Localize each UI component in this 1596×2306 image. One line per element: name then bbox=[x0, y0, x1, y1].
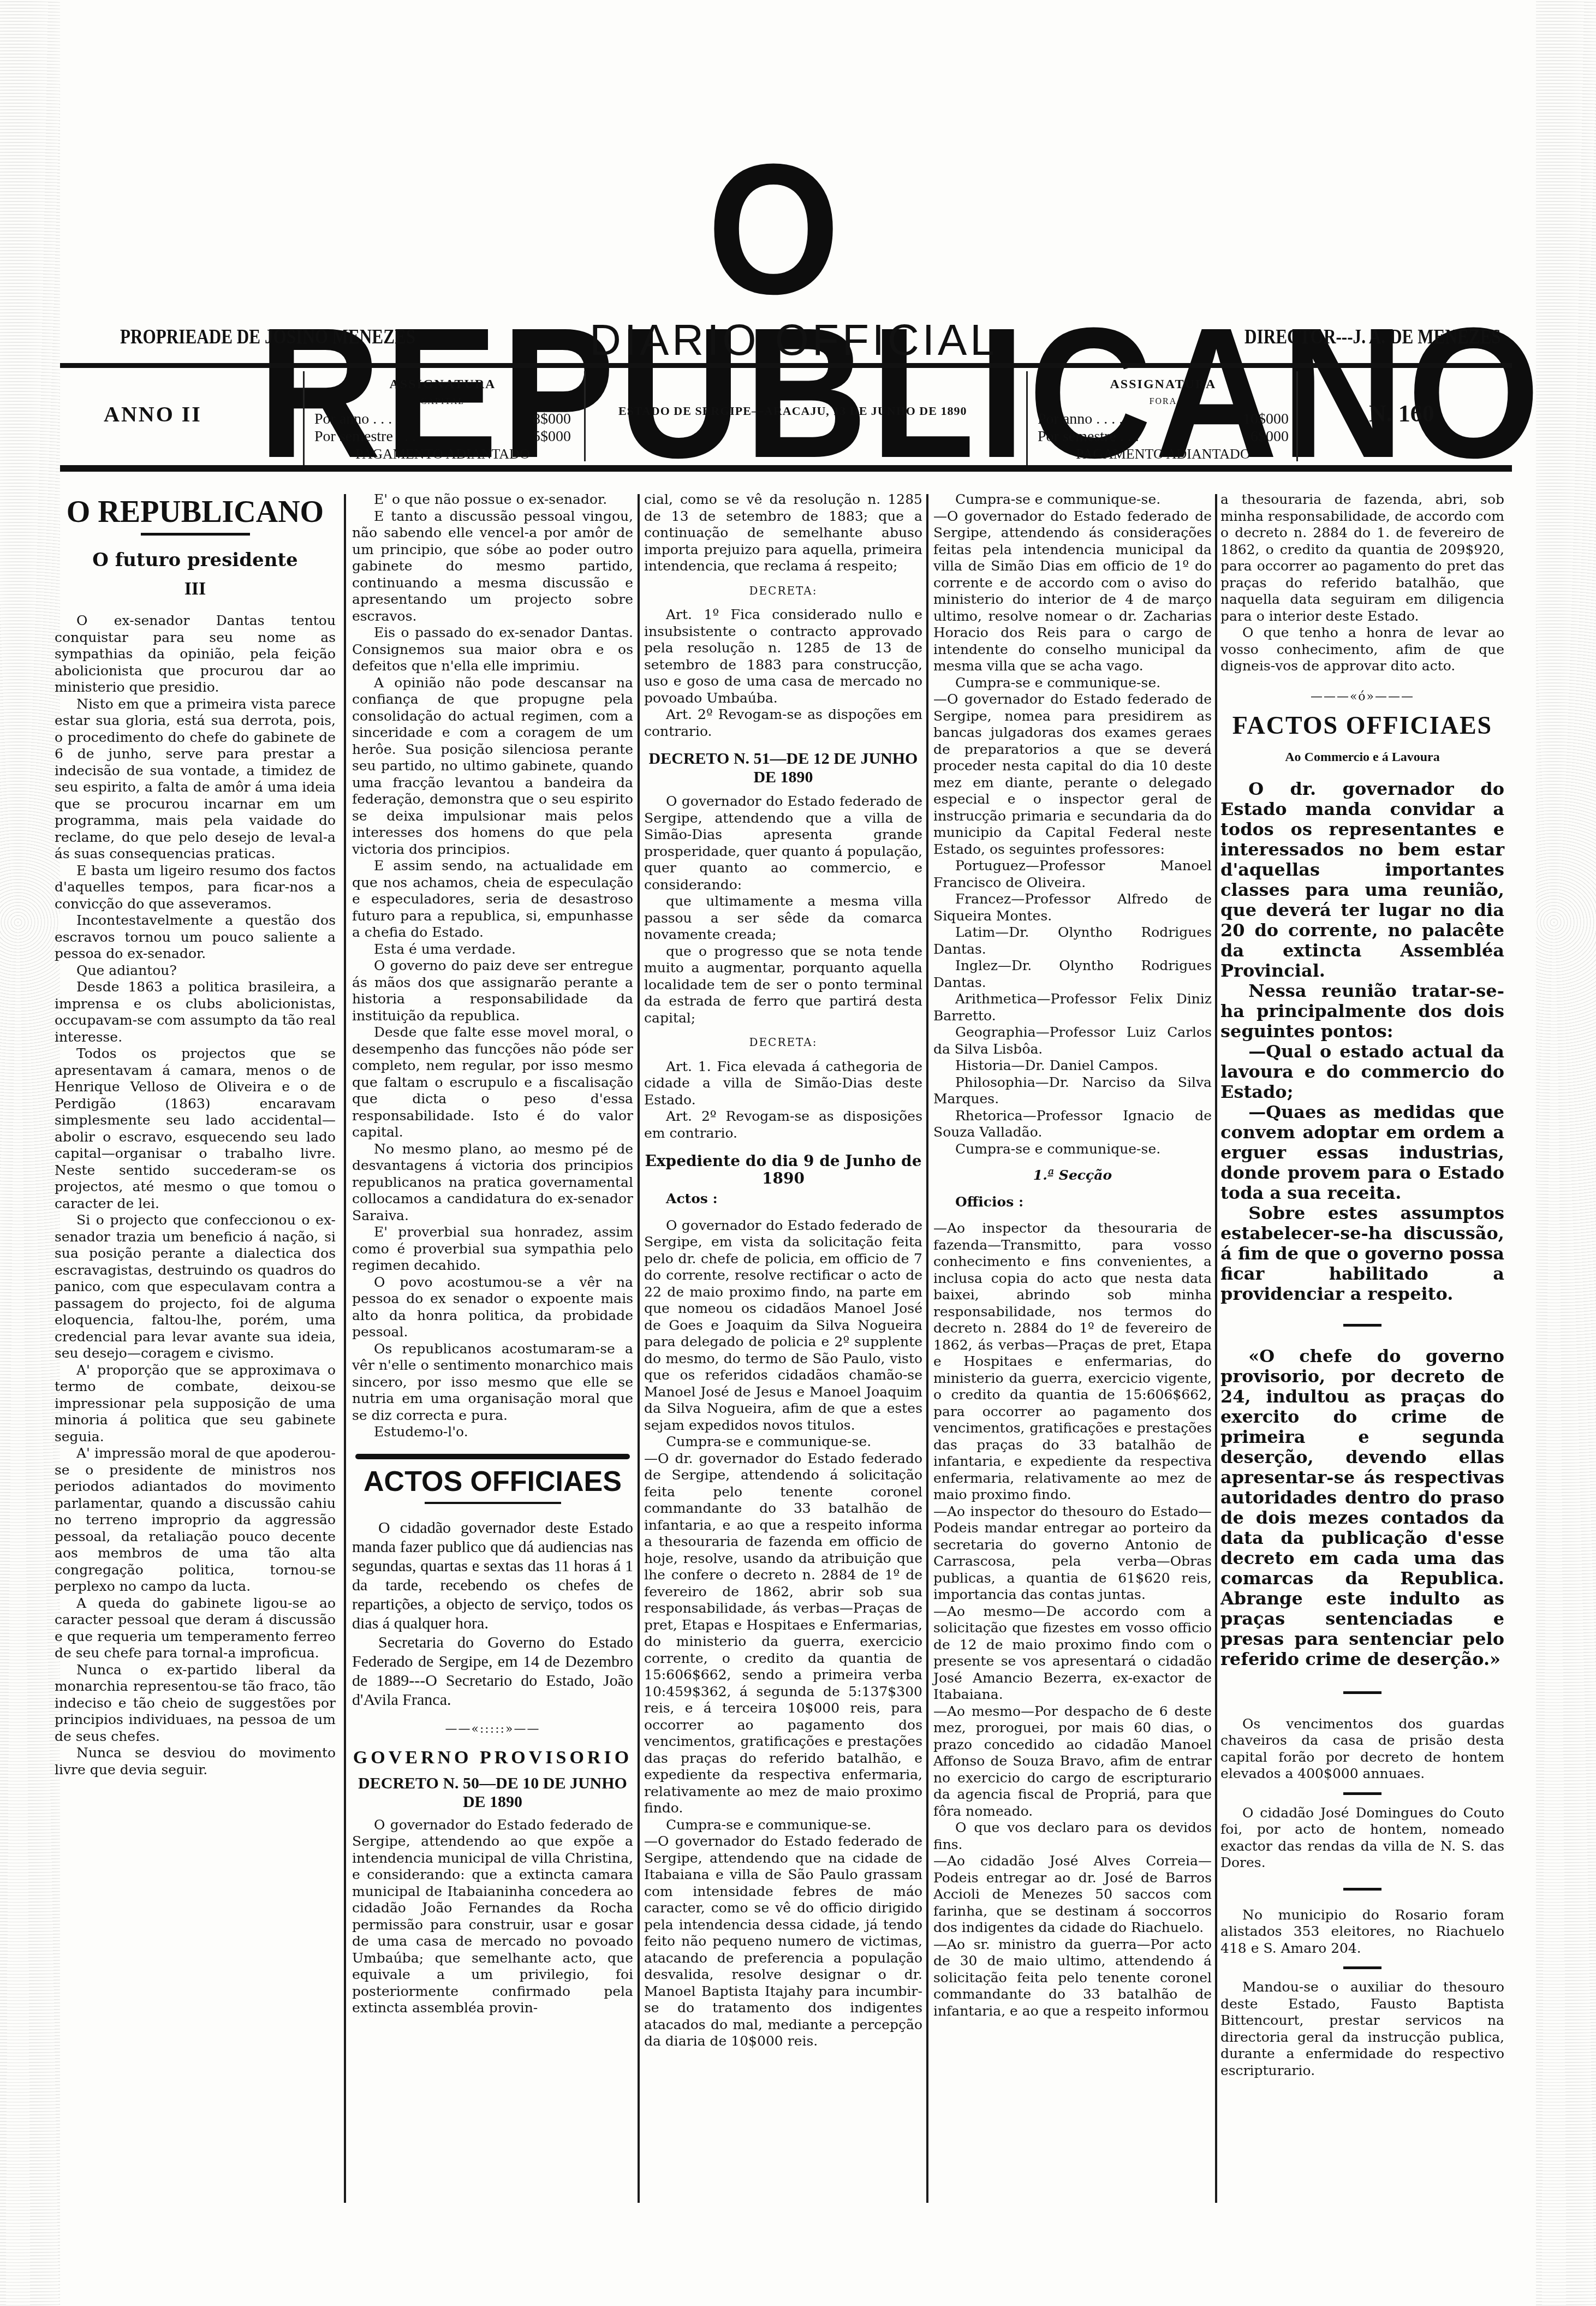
short-divider bbox=[1343, 1888, 1381, 1891]
paragraph: O que tenho a honra de levar ao vosso co… bbox=[1220, 625, 1504, 675]
paragraph: Esta é uma verdade. bbox=[352, 941, 633, 958]
factos-subtitle: Ao Commercio e á Lavoura bbox=[1220, 749, 1504, 766]
paragraph: O governo do paiz deve ser entregue ás m… bbox=[352, 958, 633, 1024]
subscription-capital: ASSIGNATURA CAPITAL Por anno . . . . 8$0… bbox=[303, 371, 581, 470]
price-row: Por anno . . . . 10$000 bbox=[1038, 411, 1289, 428]
issue-number: N. 160 bbox=[1369, 400, 1434, 427]
column-1: O REPUBLICANO O futuro presidente III O … bbox=[55, 491, 336, 1778]
short-divider bbox=[1343, 1324, 1381, 1327]
paragraph: Secretaria do Governo do Estado Federado… bbox=[352, 1633, 633, 1709]
subscription-heading: ASSIGNATURA bbox=[1038, 376, 1289, 393]
professor-entry: Rhetorica—Professor Ignacio de Souza Val… bbox=[933, 1108, 1212, 1141]
paragraph: —O dr. governador do Estado federado de … bbox=[644, 1451, 922, 1817]
news-note: O cidadão José Domingues do Couto foi, p… bbox=[1220, 1805, 1504, 1871]
paragraph: Cumpra-se e communique-se. bbox=[933, 675, 1212, 692]
paragraph: O governador do Estado federado de Sergi… bbox=[644, 793, 922, 893]
paragraph: O dr. governador do Estado manda convida… bbox=[1220, 779, 1504, 981]
paragraph: Nunca se desviou do movimento livre que … bbox=[55, 1745, 336, 1778]
professor-entry: Geographia—Professor Luiz Carlos da Silv… bbox=[933, 1024, 1212, 1057]
paragraph: E' o que não possue o ex-senador. bbox=[352, 491, 633, 508]
professor-entry: Francez—Professor Alfredo de Siqueira Mo… bbox=[933, 891, 1212, 924]
issue-number-cell: N. 160 bbox=[1296, 371, 1514, 461]
officio: —Ao inspector da thesouraria de fazenda—… bbox=[933, 1220, 1212, 1503]
paragraph: O governador do Estado federado de Sergi… bbox=[644, 1217, 922, 1434]
section-title-o-republicano: O REPUBLICANO bbox=[55, 495, 336, 530]
factos-officiaes-title: FACTOS OFFICIAES bbox=[1220, 711, 1504, 740]
column-divider bbox=[638, 494, 640, 2203]
paragraph: Sobre estes assumptos estabelecer-se-ha … bbox=[1220, 1203, 1504, 1304]
seccao-heading: 1.ª Secção bbox=[933, 1167, 1212, 1184]
paragraph: A' impressão moral de que apoderou-se o … bbox=[55, 1445, 336, 1595]
director-line: DIRECTOR---J. A. DE MENEZES bbox=[1245, 325, 1501, 349]
price-label: Por anno . . . . bbox=[314, 411, 400, 428]
paragraph: Incontestavelmente a questão dos escravo… bbox=[55, 912, 336, 962]
paragraph: que o progresso que se nota tende muito … bbox=[644, 943, 922, 1027]
paragraph: Cumpra-se e communique-se. bbox=[933, 491, 1212, 508]
paragraph: No mesmo plano, ao mesmo pé de desvantag… bbox=[352, 1141, 633, 1225]
officio: —Ao inspector do thesouro do Estado—Pode… bbox=[933, 1503, 1212, 1603]
paper-edge-left bbox=[0, 0, 60, 2306]
professor-entry: Historia—Dr. Daniel Campos. bbox=[933, 1057, 1212, 1074]
payment-note: PAGAMENTO ADIANTADO bbox=[1038, 445, 1289, 463]
ornament-divider: ———«ó»——— bbox=[1220, 689, 1504, 706]
governo-provisorio-title: GOVERNO PROVISORIO bbox=[352, 1750, 633, 1767]
column-divider bbox=[926, 494, 928, 2203]
subscription-scope: FORA bbox=[1038, 393, 1289, 411]
article: Art. 2º Revogam-se as disposições em con… bbox=[644, 1108, 922, 1142]
price-row: Por semestre . . . 5$000 bbox=[314, 428, 571, 445]
paragraph: —O governador do Estado federado de Serg… bbox=[933, 691, 1212, 858]
professor-entry: Inglez—Dr. Olyntho Rodrigues Dantas. bbox=[933, 958, 1212, 991]
paragraph: —Qual o estado actual da lavoura e do co… bbox=[1220, 1042, 1504, 1102]
price-value: 6$000 bbox=[1250, 428, 1289, 445]
paragraph: Nisto em que a primeira vista parece est… bbox=[55, 696, 336, 863]
payment-note: PAGAMENTO ADIANTADO bbox=[314, 445, 571, 463]
proprietor-line: PROPRIEADE DE JOSINO MENEZES bbox=[120, 325, 415, 349]
paragraph: Todos os projectos que se apresentavam á… bbox=[55, 1045, 336, 1212]
short-divider bbox=[1343, 1792, 1381, 1795]
price-row: Por semestre . . . 6$000 bbox=[1038, 428, 1289, 445]
price-value: 10$000 bbox=[1243, 411, 1289, 428]
price-label: Por semestre . . . bbox=[314, 428, 416, 445]
paragraph: —Quaes as medidas que convem adoptar em … bbox=[1220, 1102, 1504, 1203]
price-label: Por semestre . . . bbox=[1038, 428, 1139, 445]
paragraph: O governador do Estado federado de Sergi… bbox=[352, 1817, 633, 2017]
year-label: ANNO II bbox=[104, 401, 202, 427]
officio: —Ao sr. ministro da guerra—Por acto de 3… bbox=[933, 1936, 1212, 2020]
paragraph: Cumpra-se e communique-se. bbox=[933, 1141, 1212, 1158]
officio: O que vos declaro para os devidos fins. bbox=[933, 1820, 1212, 1853]
paragraph: A queda do gabinete ligou-se ao caracter… bbox=[55, 1595, 336, 1662]
column-divider bbox=[344, 494, 346, 2203]
paragraph: Eis o passado do ex-senador Dantas. Cons… bbox=[352, 625, 633, 675]
diario-official-subtitle: DIARIO OFFICIAL bbox=[589, 315, 998, 365]
column-5: a thesouraria de fazenda, abri, sob minh… bbox=[1220, 491, 1504, 2079]
paragraph: Cumpra-se e communique-se. bbox=[644, 1434, 922, 1451]
paragraph: —O governador do Estado federado de Serg… bbox=[933, 508, 1212, 675]
paragraph: —O governador do Estado federado de Serg… bbox=[644, 1833, 922, 2050]
expediente-title: Expediente do dia 9 de Junho de 1890 bbox=[644, 1152, 922, 1187]
professor-entry: Philosophia—Dr. Narciso da Silva Marques… bbox=[933, 1074, 1212, 1108]
section-rule bbox=[355, 1454, 630, 1459]
short-divider bbox=[1343, 1691, 1381, 1694]
column-3: cial, como se vê da resolução n. 1285 de… bbox=[644, 491, 922, 2050]
paragraph: Desde 1863 a politica brasileira, a impr… bbox=[55, 979, 336, 1045]
paragraph: Nunca o ex-partido liberal da monarchia … bbox=[55, 1662, 336, 1745]
officios-label: Officios : bbox=[933, 1194, 1212, 1211]
subscription-fora: ASSIGNATURA FORA Por anno . . . . 10$000… bbox=[1026, 371, 1299, 470]
news-note: No municipio do Rosario foram alistados … bbox=[1220, 1907, 1504, 1957]
column-4: Cumpra-se e communique-se. —O governador… bbox=[933, 491, 1212, 2019]
column-2: E' o que não possue o ex-senador. E tant… bbox=[352, 491, 633, 2017]
subscription-heading: ASSIGNATURA bbox=[314, 376, 571, 393]
professor-entry: Arithmetica—Professor Felix Diniz Barret… bbox=[933, 991, 1212, 1024]
masthead-rule-top bbox=[60, 363, 1512, 368]
price-label: Por anno . . . . bbox=[1038, 411, 1123, 428]
actos-text: O cidadão governador deste Estado manda … bbox=[352, 1518, 633, 1709]
professor-entry: Latim—Dr. Olyntho Rodrigues Dantas. bbox=[933, 924, 1212, 958]
paragraph: O cidadão governador deste Estado manda … bbox=[352, 1518, 633, 1633]
officio: —Ao mesmo—Por despacho de 6 deste mez, p… bbox=[933, 1703, 1212, 1820]
info-bar: ANNO II ASSIGNATURA CAPITAL Por anno . .… bbox=[60, 371, 1512, 461]
article-title: O futuro presidente bbox=[55, 552, 336, 569]
title-underline bbox=[141, 533, 250, 536]
decree-51-title: DECRETO N. 51—DE 12 DE JUNHO DE 1890 bbox=[644, 750, 922, 787]
officio: —Ao mesmo—De accordo com a solicitação q… bbox=[933, 1603, 1212, 1703]
paragraph: Os republicanos acostumaram-se a vêr n'e… bbox=[352, 1341, 633, 1424]
paragraph: E assim sendo, na actualidade em que nos… bbox=[352, 858, 633, 941]
paragraph: a thesouraria de fazenda, abri, sob minh… bbox=[1220, 491, 1504, 625]
paragraph: que ultimamente a mesma villa passou a s… bbox=[644, 893, 922, 943]
article: Art. 1. Fica elevada á cathegoria de cid… bbox=[644, 1059, 922, 1109]
title-underline bbox=[425, 1502, 561, 1504]
paragraph: A' proporção que se approximava o termo … bbox=[55, 1362, 336, 1446]
article: Art. 2º Revogam-se as dispoções em contr… bbox=[644, 706, 922, 740]
paragraph: Si o projecto que confeccionou o ex-sena… bbox=[55, 1212, 336, 1362]
price-value: 8$000 bbox=[533, 411, 571, 428]
price-value: 5$000 bbox=[533, 428, 571, 445]
dateline-cell: ESTADO DE SERGIPE—ARACAJU, 13 DE JUNHO D… bbox=[584, 371, 1022, 461]
factos-text: O dr. governador do Estado manda convida… bbox=[1220, 779, 1504, 1669]
actos-officiaes-title: ACTOS OFFICIAES bbox=[352, 1465, 633, 1499]
ornament-divider: ——«:::::»—— bbox=[352, 1721, 633, 1738]
paragraph: E' proverbial sua honradez, assim como é… bbox=[352, 1224, 633, 1274]
paragraph: Desde que falte esse movel moral, o dese… bbox=[352, 1024, 633, 1141]
paragraph: Cumpra-se e communique-se. bbox=[644, 1817, 922, 1834]
column-divider bbox=[1215, 494, 1217, 2203]
decreta-label: DECRETA: bbox=[644, 1034, 922, 1051]
paragraph: E tanto a discussão pessoal vingou, não … bbox=[352, 508, 633, 625]
subscription-scope: CAPITAL bbox=[314, 393, 571, 411]
actos-label: Actos : bbox=[644, 1191, 922, 1208]
price-row: Por anno . . . . 8$000 bbox=[314, 411, 571, 428]
newspaper-page: O REPUBLICANO PROPRIEADE DE JOSINO MENEZ… bbox=[0, 0, 1596, 2306]
paragraph: O povo acostumou-se a vêr na pessoa do e… bbox=[352, 1274, 633, 1341]
news-note: Os vencimentos dos guardas chaveiros da … bbox=[1220, 1716, 1504, 1782]
paragraph: cial, como se vê da resolução n. 1285 de… bbox=[644, 491, 922, 575]
officio: —Ao cidadão José Alves Correia—Podeis en… bbox=[933, 1853, 1212, 1936]
dateline: ESTADO DE SERGIPE—ARACAJU, 13 DE JUNHO D… bbox=[618, 404, 967, 418]
decreta-label: DECRETA: bbox=[644, 583, 922, 599]
paragraph: Que adiantou? bbox=[55, 962, 336, 979]
paragraph: A opinião não pode descansar na confianç… bbox=[352, 675, 633, 858]
paper-edge-right bbox=[1536, 0, 1596, 2306]
article-part: III bbox=[55, 581, 336, 598]
masthead-subrow: PROPRIEADE DE JOSINO MENEZES DIARIO OFFI… bbox=[82, 319, 1512, 358]
article: Art. 1º Fica considerado nullo e insubsi… bbox=[644, 607, 922, 706]
paragraph: Nessa reunião tratar-se-ha principalment… bbox=[1220, 981, 1504, 1042]
masthead-rule-bottom bbox=[60, 465, 1512, 472]
short-divider bbox=[1343, 1966, 1381, 1969]
paragraph: Estudemo-l'o. bbox=[352, 1424, 633, 1441]
professor-entry: Portuguez—Professor Manoel Francisco de … bbox=[933, 858, 1212, 891]
paragraph: E basta um ligeiro resumo dos factos d'a… bbox=[55, 863, 336, 913]
paragraph: O ex-senador Dantas tentou conquistar pa… bbox=[55, 613, 336, 696]
quoted-decree: «O chefe do governo provisorio, por decr… bbox=[1220, 1346, 1504, 1669]
news-note: Mandou-se o auxiliar do thesouro deste E… bbox=[1220, 1979, 1504, 2079]
decree-50-title: DECRETO N. 50—DE 10 DE JUNHO DE 1890 bbox=[352, 1774, 633, 1811]
